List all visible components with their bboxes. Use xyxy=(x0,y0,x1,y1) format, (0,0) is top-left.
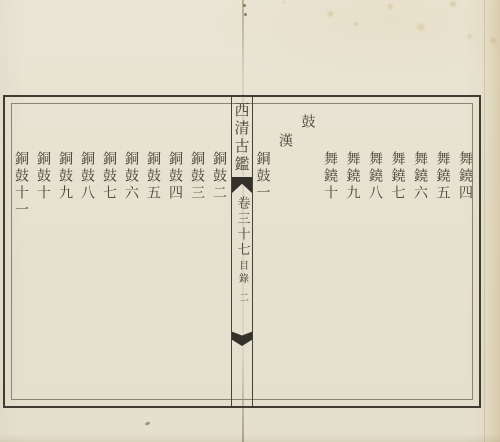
toc-entry-tonggu-5: 銅鼓五 xyxy=(142,114,164,329)
spine-volume-label: 卷三十七 xyxy=(233,196,252,258)
ink-speck xyxy=(145,421,151,426)
binding-dot xyxy=(244,13,247,16)
toc-entry-wunao-7: 舞鐃七 xyxy=(386,114,409,329)
spine-toc-text: 目錄 xyxy=(237,260,248,286)
spine-toc-number: 二 xyxy=(237,292,248,305)
right-page-toc: 舞鐃四 舞鐃五 舞鐃六 舞鐃七 舞鐃八 舞鐃九 舞鐃十 鼓 漢 銅鼓一 xyxy=(251,114,476,329)
toc-entry-wunao-4: 舞鐃四 xyxy=(454,114,477,329)
page-edge-shade xyxy=(484,0,500,442)
fishtail-ornament-upper xyxy=(232,177,252,193)
foxing-stain xyxy=(281,0,287,5)
page-edge-shade xyxy=(0,434,500,442)
toc-dynasty-header-han: 漢 xyxy=(274,114,297,329)
toc-entry-tonggu-6: 銅鼓六 xyxy=(120,114,142,329)
spine-column: 西清古鑑 卷三十七 目錄二 xyxy=(231,97,253,406)
toc-entry-wunao-10: 舞鐃十 xyxy=(319,114,342,329)
toc-entry-wunao-5: 舞鐃五 xyxy=(431,114,454,329)
toc-entry-tonggu-2: 銅鼓二 xyxy=(208,114,230,329)
toc-entry-tonggu-7: 銅鼓七 xyxy=(98,114,120,329)
spine-section-label: 目錄二 xyxy=(235,260,250,305)
toc-entry-wunao-6: 舞鐃六 xyxy=(409,114,432,329)
foxing-stain xyxy=(326,10,335,18)
foxing-stain xyxy=(466,33,473,40)
foxing-stain xyxy=(448,0,458,8)
toc-entry-tonggu-3: 銅鼓三 xyxy=(186,114,208,329)
toc-entry-tonggu-8: 銅鼓八 xyxy=(76,114,98,329)
fishtail-ornament-lower xyxy=(232,331,252,346)
toc-section-header-drum: 鼓 xyxy=(296,114,319,329)
toc-entry-tonggu-1: 銅鼓一 xyxy=(251,114,274,329)
toc-entry-wunao-9: 舞鐃九 xyxy=(341,114,364,329)
binding-dot xyxy=(243,4,246,7)
toc-entry-tonggu-9: 銅鼓九 xyxy=(54,114,76,329)
toc-entry-tonggu-11: 銅鼓十一 xyxy=(10,114,32,329)
toc-entry-tonggu-10: 銅鼓十 xyxy=(32,114,54,329)
foxing-stain xyxy=(386,3,394,10)
toc-entry-wunao-8: 舞鐃八 xyxy=(364,114,387,329)
toc-entry-tonggu-4: 銅鼓四 xyxy=(164,114,186,329)
foxing-stain xyxy=(415,22,427,32)
left-page-toc: 銅鼓二 銅鼓三 銅鼓四 銅鼓五 銅鼓六 銅鼓七 銅鼓八 銅鼓九 銅鼓十 銅鼓十一 xyxy=(9,114,230,329)
spine-book-title: 西清古鑑 xyxy=(232,102,253,174)
book-spread: 舞鐃四 舞鐃五 舞鐃六 舞鐃七 舞鐃八 舞鐃九 舞鐃十 鼓 漢 銅鼓一 西清古鑑… xyxy=(0,0,500,442)
foxing-stain xyxy=(353,21,359,27)
